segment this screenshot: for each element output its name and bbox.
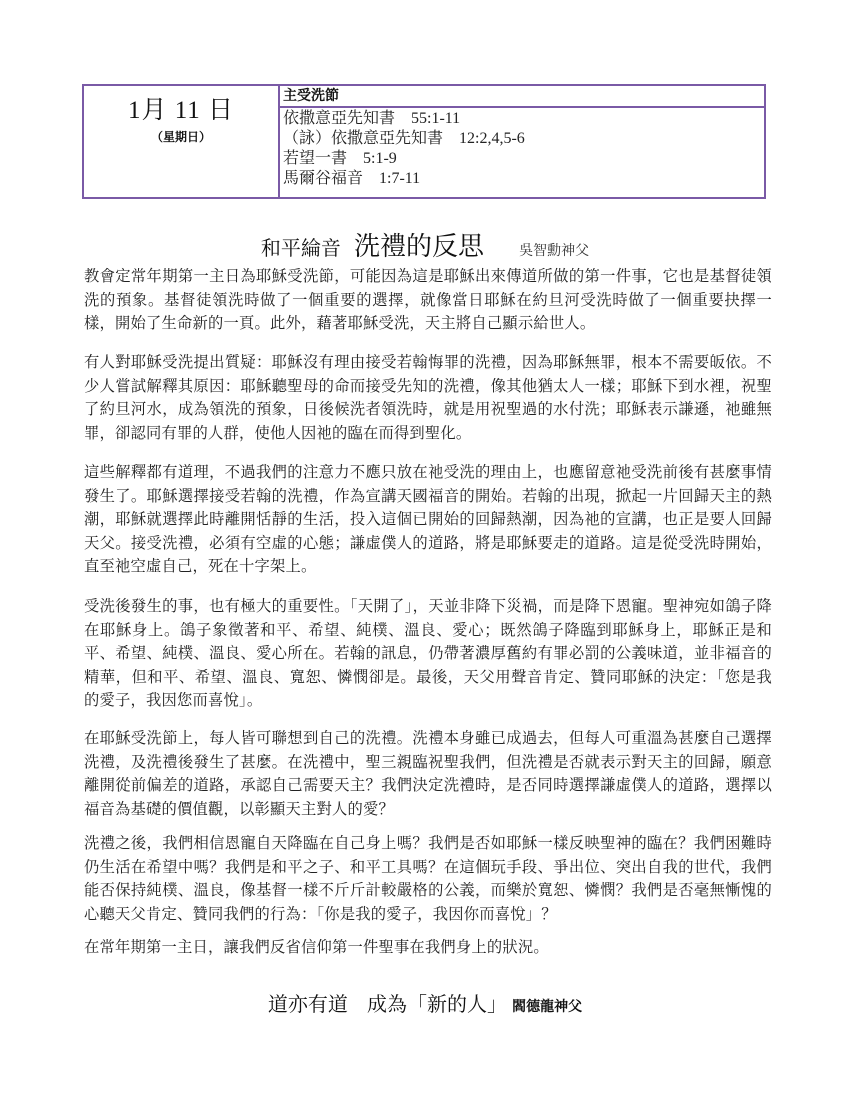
- liturgy-readings: 依撒意亞先知書 55:1-11 （詠）依撒意亞先知書 12:2,4,5-6 若望…: [280, 108, 764, 189]
- article-paragraph: 教會定常年期第一主日為耶穌受洗節，可能因為這是耶穌出來傳道所做的第一件事，它也是…: [84, 265, 772, 336]
- liturgy-date: 1月 11 日: [84, 90, 278, 126]
- article-paragraph: 這些解釋都有道理，不過我們的注意力不應只放在祂受洗的理由上，也應留意祂受洗前後有…: [84, 461, 772, 579]
- next-article-series: 道亦有道: [268, 992, 348, 1016]
- reading-first: 依撒意亞先知書 55:1-11: [283, 109, 764, 129]
- liturgy-weekday: （星期日）: [84, 128, 278, 145]
- article-heading: 和平綸音 洗禮的反思 吳智勳神父: [0, 226, 850, 263]
- article-title: 洗禮的反思: [354, 232, 484, 262]
- liturgy-table: 1月 11 日 （星期日） 主受洗節 依撒意亞先知書 55:1-11 （詠）依撒…: [82, 84, 766, 199]
- reading-psalm: （詠）依撒意亞先知書 12:2,4,5-6: [283, 129, 764, 149]
- article-paragraph: 洗禮之後，我們相信恩寵自天降臨在自己身上嗎？我們是否如耶穌一樣反映聖神的臨在？我…: [84, 832, 772, 926]
- next-article-title: 成為「新的人」: [367, 992, 507, 1016]
- next-article-author: 閻德龍神父: [512, 999, 582, 1015]
- article-paragraph: 受洗後發生的事，也有極大的重要性。「天開了」，天並非降下災禍，而是降下恩寵。聖神…: [84, 595, 772, 713]
- liturgy-details-cell: 主受洗節 依撒意亞先知書 55:1-11 （詠）依撒意亞先知書 12:2,4,5…: [280, 86, 764, 197]
- article-paragraph: 有人對耶穌受洗提出質疑：耶穌沒有理由接受若翰悔罪的洗禮，因為耶穌無罪，根本不需要…: [84, 351, 772, 445]
- liturgy-date-cell: 1月 11 日 （星期日）: [84, 86, 280, 197]
- document-page: 1月 11 日 （星期日） 主受洗節 依撒意亞先知書 55:1-11 （詠）依撒…: [0, 0, 850, 1100]
- next-article-heading: 道亦有道 成為「新的人」 閻德龍神父: [0, 988, 850, 1017]
- reading-second: 若望一書 5:1-9: [283, 149, 764, 169]
- article-author: 吳智勳神父: [519, 243, 589, 259]
- article-paragraph: 在常年期第一主日，讓我們反省信仰第一件聖事在我們身上的狀況。: [84, 936, 772, 960]
- article-paragraph: 在耶穌受洗節上，每人皆可聯想到自己的洗禮。洗禮本身雖已成過去，但每人可重溫為甚麼…: [84, 727, 772, 821]
- liturgy-feast-name: 主受洗節: [280, 86, 764, 108]
- reading-gospel: 馬爾谷福音 1:7-11: [283, 169, 764, 189]
- article-series: 和平綸音: [261, 236, 341, 260]
